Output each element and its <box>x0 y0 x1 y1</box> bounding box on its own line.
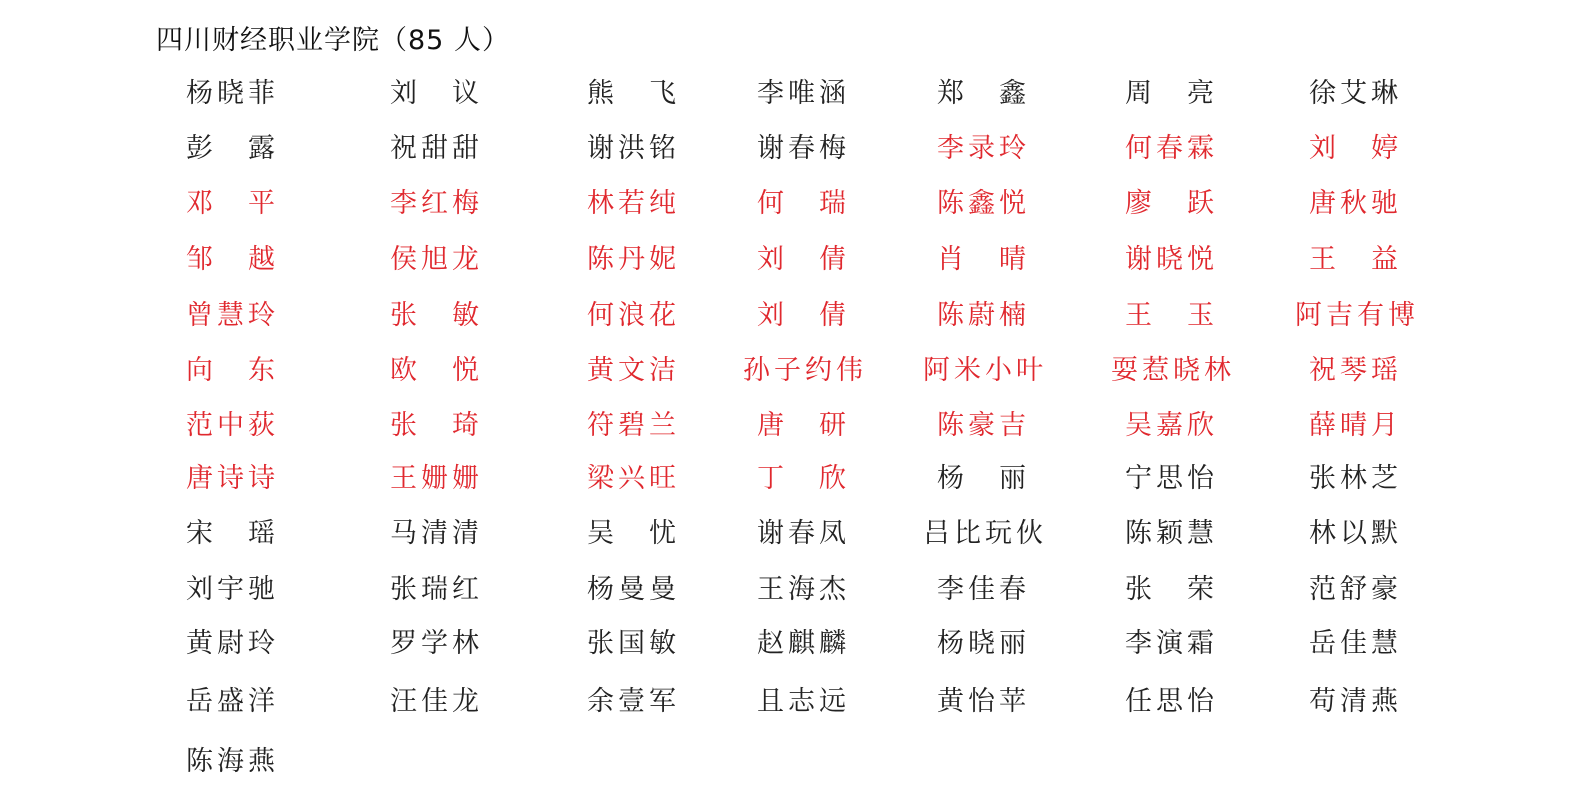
person-name: 刘宇驰 <box>186 576 279 603</box>
person-name: 黄文洁 <box>587 357 680 384</box>
person-name: 薛晴月 <box>1309 412 1402 439</box>
person-name: 罗学林 <box>390 630 483 657</box>
person-name: 陈豪吉 <box>937 412 1030 439</box>
person-name: 刘 倩 <box>757 246 850 273</box>
person-name: 张 敏 <box>390 302 483 329</box>
person-name: 曾慧玲 <box>186 302 279 329</box>
person-name: 何 瑞 <box>757 190 850 217</box>
person-name: 谢春梅 <box>757 135 850 162</box>
person-name: 熊 飞 <box>587 80 680 107</box>
person-name: 杨 丽 <box>937 465 1030 492</box>
person-name: 范舒豪 <box>1309 576 1402 603</box>
person-name: 谢晓悦 <box>1125 246 1218 273</box>
person-name: 吕比玩伙 <box>923 520 1047 547</box>
section-title: 四川财经职业学院（85 人） <box>156 18 510 57</box>
person-name: 赵麒麟 <box>757 630 850 657</box>
person-name: 周 亮 <box>1125 80 1218 107</box>
person-name: 唐 研 <box>757 412 850 439</box>
person-name: 汪佳龙 <box>390 688 483 715</box>
person-name: 陈海燕 <box>186 748 279 775</box>
person-name: 林若纯 <box>587 190 680 217</box>
person-name: 马清清 <box>390 520 483 547</box>
person-name: 刘 倩 <box>757 302 850 329</box>
person-name: 王海杰 <box>757 576 850 603</box>
person-name: 黄尉玲 <box>186 630 279 657</box>
person-name: 陈蔚楠 <box>937 302 1030 329</box>
person-name: 李佳春 <box>937 576 1030 603</box>
person-name: 李演霜 <box>1125 630 1218 657</box>
person-name: 符碧兰 <box>587 412 680 439</box>
person-name: 侯旭龙 <box>390 246 483 273</box>
person-name: 李唯涵 <box>757 80 850 107</box>
person-name: 张 琦 <box>390 412 483 439</box>
person-name: 吴嘉欣 <box>1125 412 1218 439</box>
person-name: 欧 悦 <box>390 357 483 384</box>
person-name: 郑 鑫 <box>937 80 1030 107</box>
person-name: 范中荻 <box>186 412 279 439</box>
person-name: 杨晓菲 <box>186 80 279 107</box>
person-name: 丁 欣 <box>757 465 850 492</box>
person-name: 吴 忧 <box>587 520 680 547</box>
person-name: 王 益 <box>1309 246 1402 273</box>
person-name: 廖 跃 <box>1125 190 1218 217</box>
person-name: 祝甜甜 <box>390 135 483 162</box>
person-name: 杨曼曼 <box>587 576 680 603</box>
person-name: 张 荣 <box>1125 576 1218 603</box>
person-name: 谢春凤 <box>757 520 850 547</box>
person-name: 杨晓丽 <box>937 630 1030 657</box>
person-name: 刘 议 <box>390 80 483 107</box>
person-name: 岳盛洋 <box>186 688 279 715</box>
person-name: 陈颖慧 <box>1125 520 1218 547</box>
person-name: 邹 越 <box>186 246 279 273</box>
person-name: 彭 露 <box>186 135 279 162</box>
person-name: 林以默 <box>1309 520 1402 547</box>
person-name: 王姗姗 <box>390 465 483 492</box>
person-name: 梁兴旺 <box>587 465 680 492</box>
person-name: 宋 瑶 <box>186 520 279 547</box>
person-name: 祝琴瑶 <box>1309 357 1402 384</box>
person-name: 唐诗诗 <box>186 465 279 492</box>
person-name: 耍惹晓林 <box>1111 357 1235 384</box>
person-name: 岳佳慧 <box>1309 630 1402 657</box>
person-name: 谢洪铭 <box>587 135 680 162</box>
person-name: 刘 婷 <box>1309 135 1402 162</box>
person-name: 肖 晴 <box>937 246 1030 273</box>
person-name: 宁思怡 <box>1125 465 1218 492</box>
person-name: 向 东 <box>186 357 279 384</box>
person-name: 苟清燕 <box>1309 688 1402 715</box>
person-name: 陈鑫悦 <box>937 190 1030 217</box>
person-name: 阿米小叶 <box>923 357 1047 384</box>
person-name: 张国敏 <box>587 630 680 657</box>
person-name: 孙子约伟 <box>743 357 867 384</box>
person-name: 何浪花 <box>587 302 680 329</box>
person-name: 张林芝 <box>1309 465 1402 492</box>
person-name: 王 玉 <box>1125 302 1218 329</box>
person-name: 张瑞红 <box>390 576 483 603</box>
person-name: 何春霖 <box>1125 135 1218 162</box>
person-name: 任思怡 <box>1125 688 1218 715</box>
person-name: 李红梅 <box>390 190 483 217</box>
person-name: 唐秋驰 <box>1309 190 1402 217</box>
person-name: 阿吉有博 <box>1295 302 1419 329</box>
person-name: 李录玲 <box>937 135 1030 162</box>
person-name: 且志远 <box>757 688 850 715</box>
person-name: 黄怡苹 <box>937 688 1030 715</box>
person-name: 邓 平 <box>186 190 279 217</box>
person-name: 余壹军 <box>587 688 680 715</box>
person-name: 陈丹妮 <box>587 246 680 273</box>
person-name: 徐艾琳 <box>1309 80 1402 107</box>
